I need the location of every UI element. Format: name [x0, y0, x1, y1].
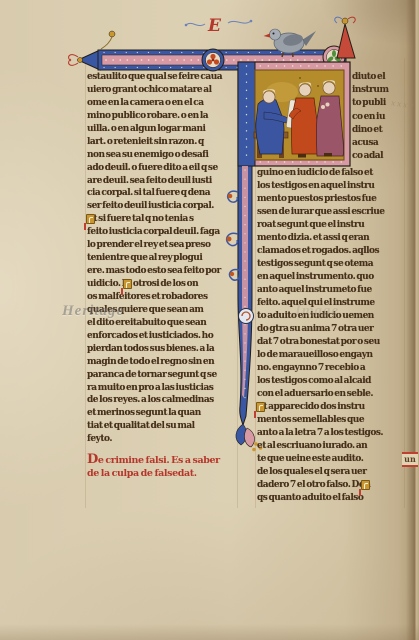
text-line: lart. o retenieit sin razon. q [87, 137, 238, 150]
text-line: cia corpal. si tal fuere q dena [87, 188, 238, 201]
text-line: roat segunt que el instru [257, 220, 405, 233]
roundel-red-flower [202, 49, 224, 71]
paraph-icon [86, 214, 95, 224]
text-line: dadero 7 el otro falso. Don [257, 480, 405, 493]
text-line: tiat et qualitat del su mal [87, 421, 238, 434]
text-line: con el aduersario en seble. [257, 389, 405, 402]
margin-tab-label: un [402, 452, 418, 467]
text-line: mento dizia. et assi q eran [257, 233, 405, 246]
historiated-initial-miniature [238, 62, 350, 166]
rubric-heading: De crimine falsi. Es a saberde la culpa … [87, 452, 247, 483]
text-line: anto aquel instrumeto fue [257, 285, 405, 298]
left-text-column: estaulito que qual se feire cauauiero gr… [87, 72, 238, 447]
text-line: te que ueine este audito. [257, 454, 405, 467]
text-line: lo prender el rey et sea preso [87, 240, 238, 253]
text-line: testigos segunt q se otema [257, 259, 405, 272]
manuscript-page: E [0, 0, 419, 640]
paraph-icon [361, 480, 370, 490]
text-line: non sea su enemigo o desafi [87, 150, 238, 163]
text-line: feyto. [87, 434, 238, 447]
text-line: no. engaynno 7 recebio a [257, 363, 405, 376]
text-line: co adal [352, 151, 404, 164]
right-text-column-narrow: diuto elinstrumto publico en iudino etac… [352, 72, 404, 164]
right-text-column: guino en iudicio de falso etlos testigos… [257, 168, 405, 506]
rubric-line: De crimine falsi. Es a saber [87, 452, 247, 468]
text-line: do gtra su anima 7 otra uer [257, 324, 405, 337]
text-line: estaulito que qual se feire caua [87, 72, 238, 85]
text-line: acusa [352, 138, 404, 151]
text-line: mento puestos priestos fue [257, 194, 405, 207]
text-line: diuto el [352, 72, 404, 85]
top-mark: E [207, 16, 222, 36]
text-line: de los quales el q sera uer [257, 467, 405, 480]
text-line: et merinos segunt la quan [87, 408, 238, 421]
text-line: ra muito en pro a las iusticias [87, 383, 238, 396]
text-line: dat 7 otra bonestat por o seu [257, 337, 405, 350]
text-line: ssen de iurar que assi escriue [257, 207, 405, 220]
text-line: clamados et rogados. aqllos [257, 246, 405, 259]
text-line: lo de maraueilloso engayn [257, 350, 405, 363]
text-line: are deuil. sea feito deuil iusti [87, 176, 238, 189]
paraph-icon [123, 279, 132, 289]
text-line: los testigos como al alcaid [257, 376, 405, 389]
text-line: tenientre que al rey plogui [87, 253, 238, 266]
watermark-text: Image [295, 303, 339, 320]
text-line: et al escriuano iurado. an [257, 441, 405, 454]
text-line: ser feito deuil iusticia corpal. [87, 201, 238, 214]
text-line: dino et [352, 125, 404, 138]
watermark-text: Heritage [62, 303, 124, 320]
text-line: feito iusticia corpal deuil. faga [87, 227, 238, 240]
text-line: qs quanto aduito el falso [257, 493, 405, 506]
text-line: ere. mas todo esto sea feito por [87, 266, 238, 279]
text-line: instrum [352, 85, 404, 98]
text-line: enforcados et iusticiados. ho [87, 331, 238, 344]
text-line: ado deuil. o fuere dito a eil q se [87, 163, 238, 176]
paraph-icon [256, 402, 265, 412]
text-line: magin de todo el regno sin en [87, 357, 238, 370]
text-line: uilla. o en algun logar mani [87, 124, 238, 137]
rubric-line: de la culpa de falsedat. [87, 468, 247, 484]
text-line: en aquel instrumento. quo [257, 272, 405, 285]
text-line: de los reyes. a los calmedinas [87, 395, 238, 408]
text-line: los testigos en aquel instru [257, 181, 405, 194]
text-line: Et apparecido dos instru [257, 402, 405, 415]
text-line: mino publico robare. o en la [87, 111, 238, 124]
text-line: co en iu [352, 112, 404, 125]
text-line: uidicio. Et otrosi de los on [87, 279, 238, 292]
text-line: guino en iudicio de falso et [257, 168, 405, 181]
text-line: uiero grant ochico matare al [87, 85, 238, 98]
text-line: pierdan todos sus bienes. a la [87, 344, 238, 357]
text-line: mentos semellables que [257, 415, 405, 428]
text-line: paranca de tornar segunt q se [87, 370, 238, 383]
text-line: Et si fuere tal q no tenia s [87, 214, 238, 227]
text-line: ome en la camera o en el ca [87, 98, 238, 111]
text-line: anto a la letra 7 a los testigos. [257, 428, 405, 441]
